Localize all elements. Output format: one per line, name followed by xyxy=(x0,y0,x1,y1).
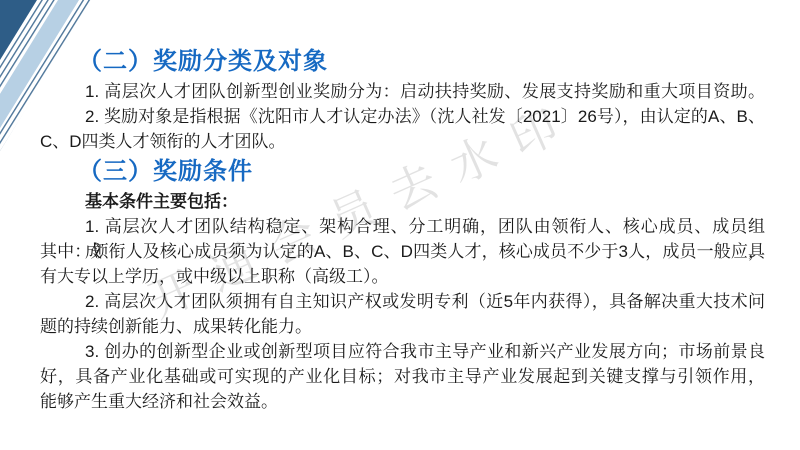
paragraph-line: 能够产生重大经济和社会效益。 xyxy=(40,389,765,414)
paragraph-line: 有大专以上学历，或中级以上职称（高级工）。 xyxy=(40,264,765,289)
corner-ribbon-decoration xyxy=(0,0,150,152)
paragraph-line: 其中：领衔人及核心成员须为认定的A、B、C、D四类人才，核心成员不少于3人，成员… xyxy=(40,239,765,264)
paragraph-line: 基本条件主要包括： xyxy=(40,189,765,214)
paragraph-line: 好，具备产业化基础或可实现的产业化目标；对我市主导产业发展起到关键支撑与引领作用… xyxy=(40,364,765,389)
paragraph-line: 题的持续创新能力、成果转化能力。 xyxy=(40,314,765,339)
paragraph-line: 1. 高层次人才团队结构稳定、架构合理、分工明确，团队由领衔人、核心成员、成员组… xyxy=(40,214,765,239)
document-page: 开通会员去水印 （二）奖励分类及对象 1. 高层次人才团队创新型创业奖励分为：启… xyxy=(0,0,800,450)
section-heading-3: （三）奖励条件 xyxy=(40,154,765,189)
paragraph-line: 2. 高层次人才团队须拥有自主知识产权或发明专利（近5年内获得），具备解决重大技… xyxy=(40,289,765,314)
paragraph-line: 3. 创办的创新型企业或创新型项目应符合我市主导产业和新兴产业发展方向；市场前景… xyxy=(40,339,765,364)
